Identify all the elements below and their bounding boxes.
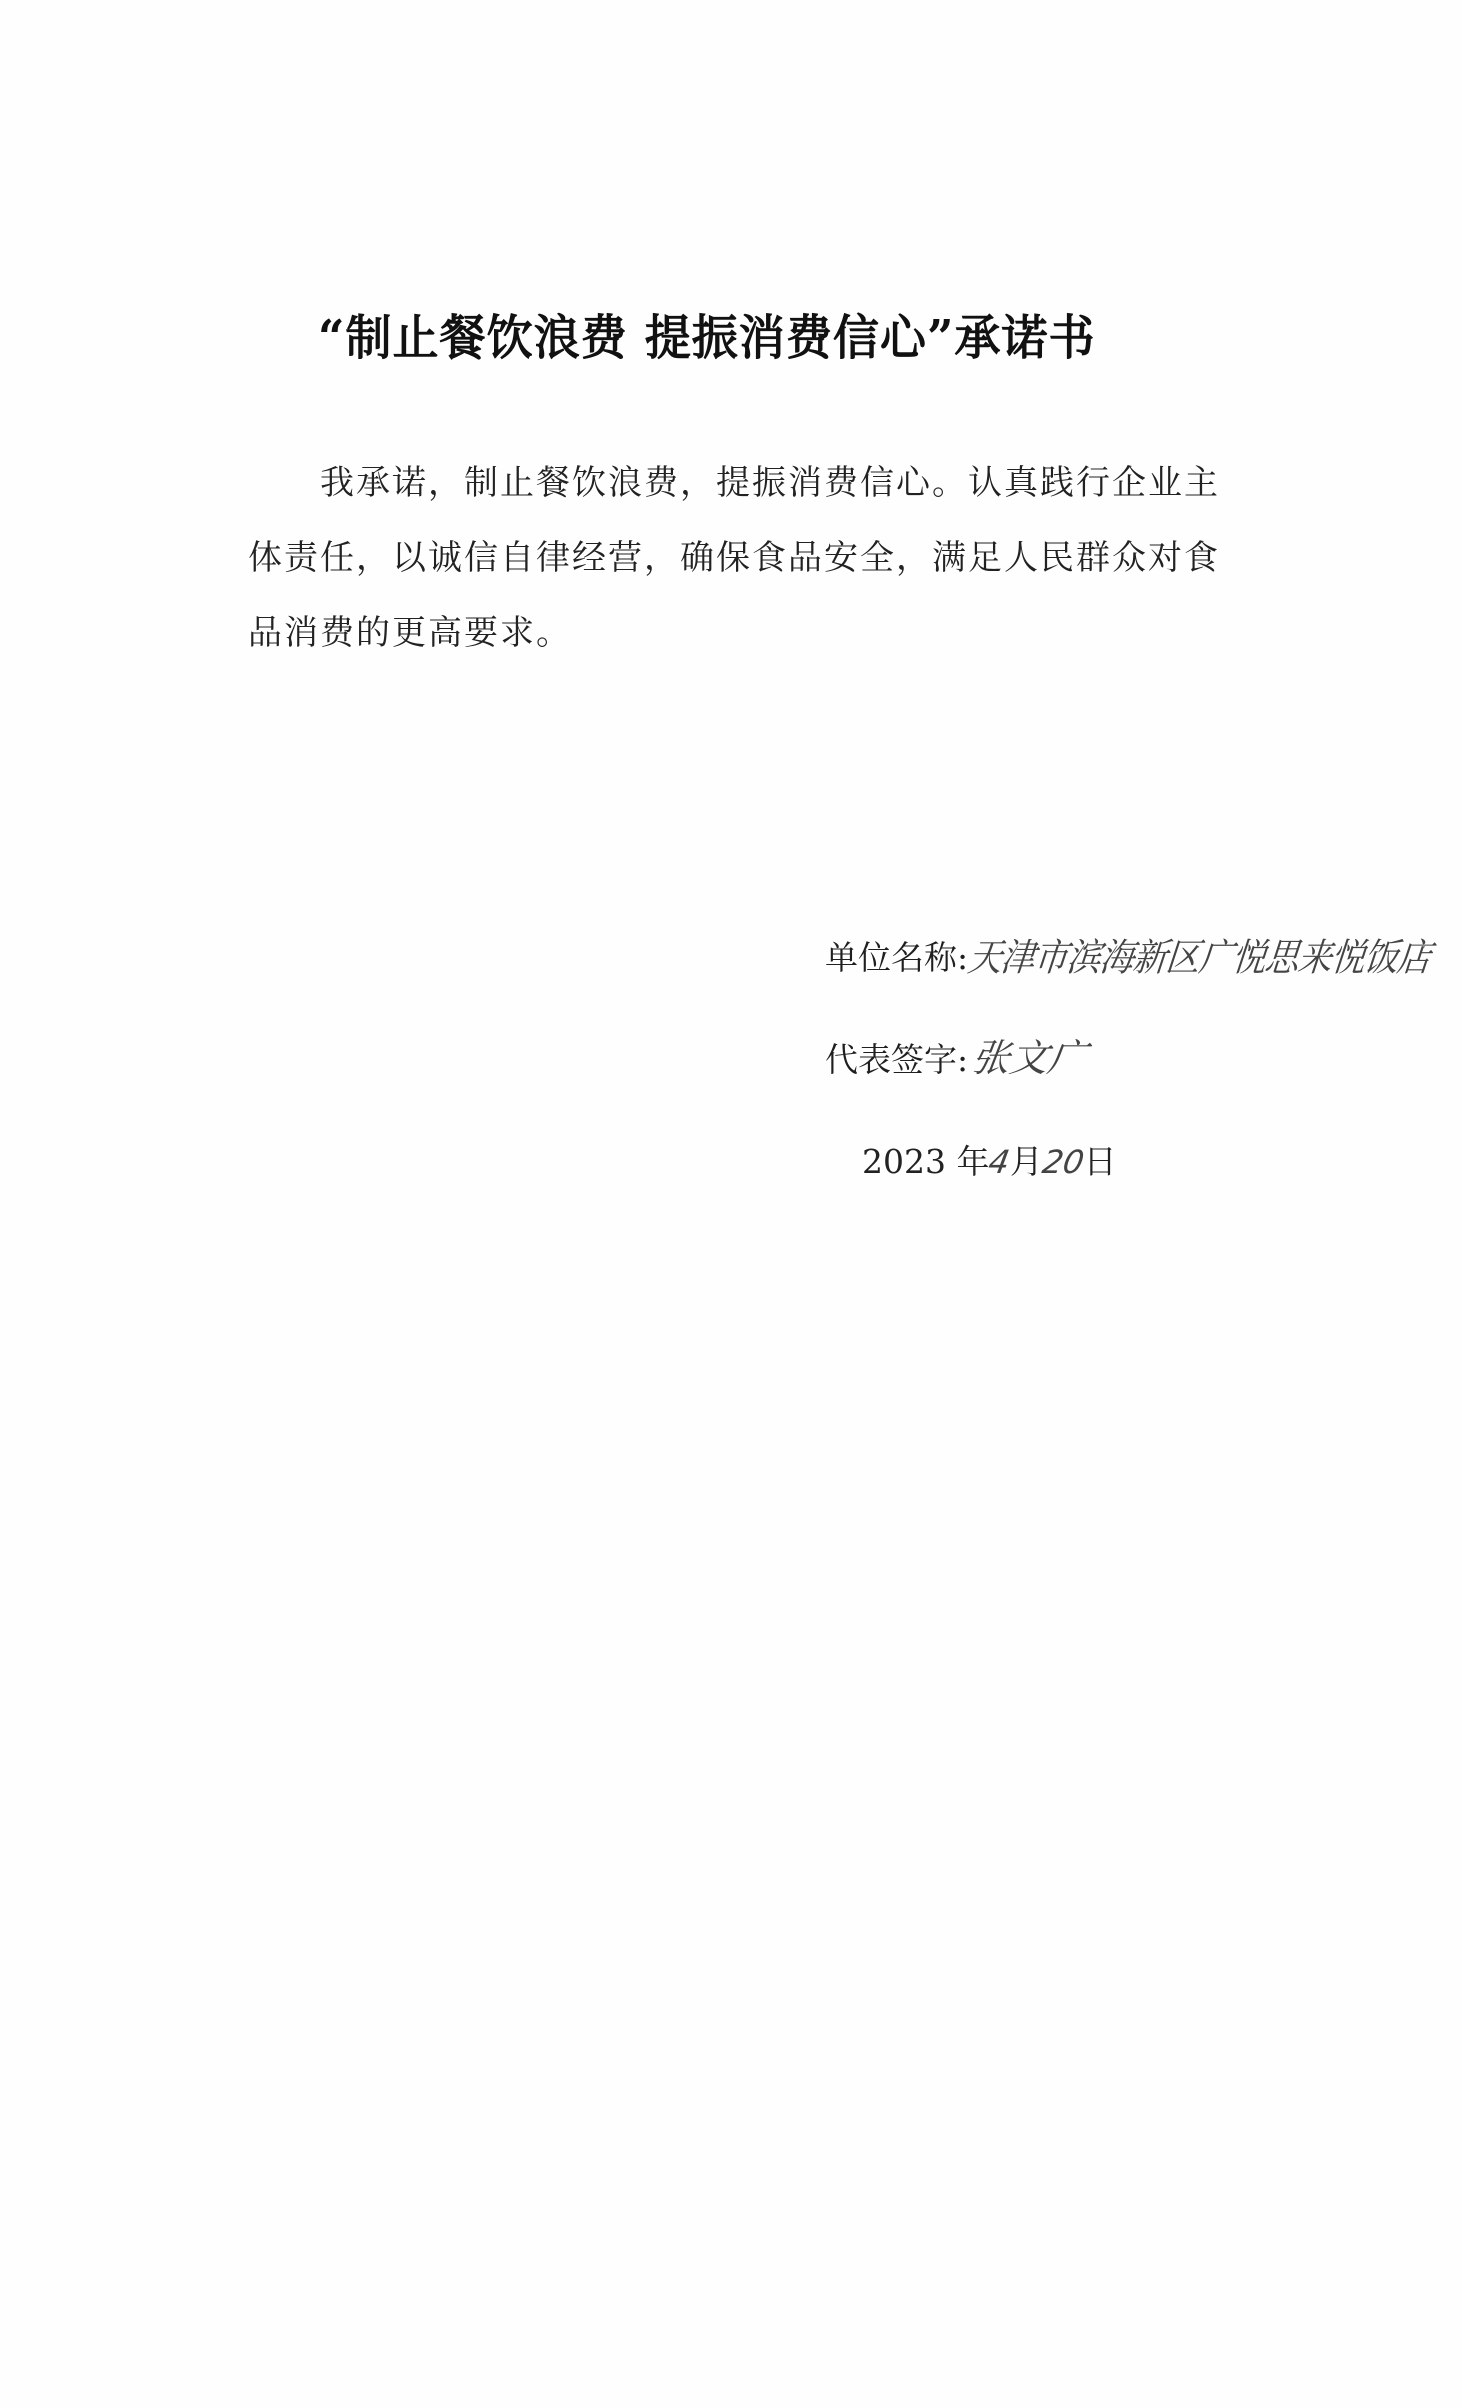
unit-name-handwritten: 天津市滨海新区广悦思来悦饭店 bbox=[966, 933, 1433, 982]
representative-signature: 张文广 bbox=[969, 1036, 1089, 1080]
unit-name-row: 单位名称:天津市滨海新区广悦思来悦饭店 bbox=[825, 936, 1430, 980]
date-day-handwritten: 20 bbox=[1039, 1140, 1087, 1184]
document-title: “制止餐饮浪费 提振消费信心”承诺书 bbox=[318, 306, 1182, 370]
paragraph-line: 品消费的更高要求。 bbox=[248, 596, 1260, 671]
unit-name-label: 单位名称: bbox=[825, 938, 968, 977]
date-year: 2023 bbox=[862, 1142, 946, 1181]
paragraph-line: 体责任，以诚信自律经营，确保食品安全，满足人民群众对食 bbox=[248, 521, 1260, 596]
commitment-paragraph: 我承诺，制止餐饮浪费，提振消费信心。认真践行企业主 体责任，以诚信自律经营，确保… bbox=[248, 446, 1260, 671]
representative-signature-row: 代表签字:张文广 bbox=[825, 1036, 1086, 1082]
paragraph-line: 我承诺，制止餐饮浪费，提振消费信心。认真践行企业主 bbox=[248, 446, 1260, 521]
document-page: “制止餐饮浪费 提振消费信心”承诺书 我承诺，制止餐饮浪费，提振消费信心。认真践… bbox=[0, 0, 1462, 2408]
date-month-suffix: 月 bbox=[1010, 1142, 1043, 1181]
date-year-suffix: 年 bbox=[946, 1142, 990, 1181]
date-row: 2023 年4月20日 bbox=[862, 1140, 1117, 1184]
representative-label: 代表签字: bbox=[825, 1040, 968, 1079]
date-day-suffix: 日 bbox=[1084, 1142, 1117, 1181]
